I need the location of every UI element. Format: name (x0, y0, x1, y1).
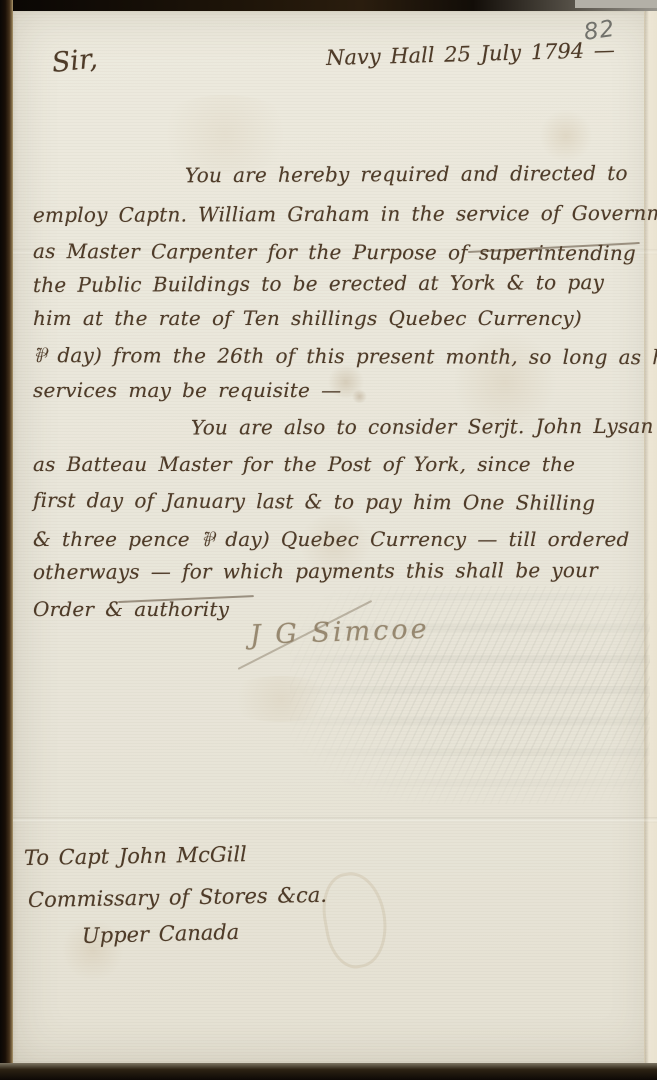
letter-line: him at the rate of Ten shillings Quebec … (33, 306, 582, 330)
letter-line: as Batteau Master for the Post of York, … (33, 452, 575, 476)
letter-line: as Master Carpenter for the Purpose of s… (33, 239, 636, 265)
salutation: Sir, (50, 43, 99, 79)
letter-line: & three pence ⅌ day) Quebec Currency — t… (33, 525, 630, 552)
signature-simcoe: J G Simcoe (249, 614, 430, 651)
letter-line: You are hereby required and directed to (33, 161, 628, 188)
address-line: To Capt John McGill (24, 842, 247, 870)
letter-line: the Public Buildings to be erected at Yo… (33, 270, 604, 297)
letter-line: You are also to consider Serjt. John Lys… (33, 414, 654, 440)
binding-edge-bottom (0, 1063, 657, 1080)
binding-edge-left (0, 0, 13, 1080)
binding-edge-top (0, 0, 657, 11)
letter-line: first day of January last & to pay him O… (33, 488, 595, 515)
adjacent-page-edge (575, 0, 657, 8)
letter-line: Order & authority (33, 597, 229, 621)
letter-line: ⅌ day) from the 26th of this present mon… (33, 341, 657, 370)
scanned-letter: 82 Navy Hall 25 July 1794 — Sir, You are… (0, 0, 657, 1080)
page-edge-crease (644, 11, 657, 1064)
letter-line: otherways — for which payments this shal… (33, 558, 598, 584)
letter-line: employ Captn. William Graham in the serv… (33, 201, 657, 227)
address-line: Upper Canada (82, 920, 240, 948)
letter-line: services may be requisite — (33, 378, 341, 402)
